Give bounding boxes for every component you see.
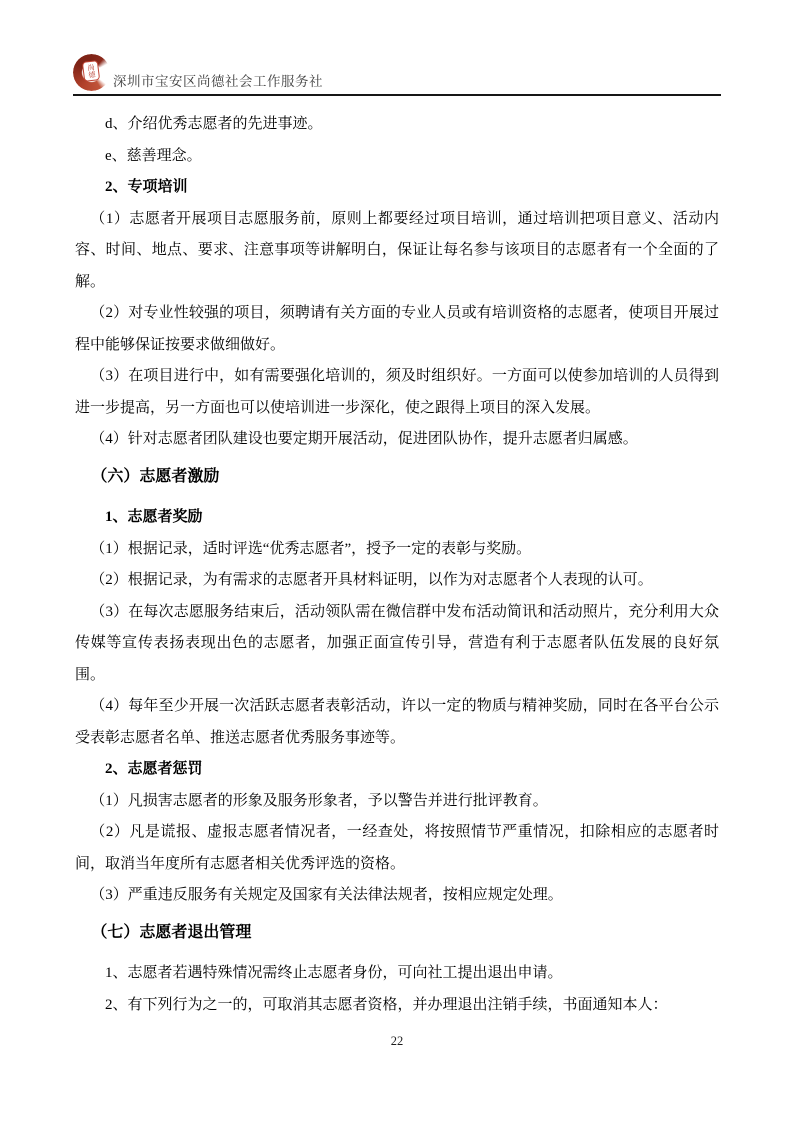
document-body: d、介绍优秀志愿者的先进事迹。e、慈善理念。2、专项培训（1）志愿者开展项目志愿… (75, 96, 719, 1021)
heading: 2、专项培训 (75, 172, 719, 204)
paragraph: （3）在每次志愿服务结束后，活动领队需在微信群中发布活动简讯和活动照片，充分利用… (75, 597, 719, 692)
heading: （六）志愿者激励 (75, 461, 719, 493)
heading: （七）志愿者退出管理 (75, 917, 719, 949)
org-name: 深圳市宝安区尚德社会工作服务社 (113, 70, 323, 94)
paragraph: d、介绍优秀志愿者的先进事迹。 (75, 109, 719, 141)
paragraph: （2）对专业性较强的项目，须聘请有关方面的专业人员或有培训资格的志愿者，使项目开… (75, 298, 719, 361)
heading: 2、志愿者惩罚 (75, 754, 719, 786)
paragraph: （1）根据记录，适时评选“优秀志愿者”，授予一定的表彰与奖励。 (75, 534, 719, 566)
paragraph: （4）每年至少开展一次活跃志愿者表彰活动，许以一定的物质与精神奖励，同时在各平台… (75, 691, 719, 754)
logo-seal-text: 尚德 (87, 64, 96, 79)
paragraph: （4）针对志愿者团队建设也要定期开展活动，促进团队协作，提升志愿者归属感。 (75, 424, 719, 456)
paragraph: （3）在项目进行中，如有需要强化培训的，须及时组织好。一方面可以使参加培训的人员… (75, 361, 719, 424)
page-number: 22 (0, 1034, 794, 1049)
paragraph: （2）根据记录，为有需求的志愿者开具材料证明，以作为对志愿者个人表现的认可。 (75, 565, 719, 597)
paragraph: （1）凡损害志愿者的形象及服务形象者，予以警告并进行批评教育。 (75, 786, 719, 818)
paragraph: （1）志愿者开展项目志愿服务前，原则上都要经过项目培训，通过培训把项目意义、活动… (75, 204, 719, 299)
logo-seal-icon: 尚德 (82, 60, 100, 82)
heading: 1、志愿者奖励 (75, 502, 719, 534)
page-header: 尚德 深圳市宝安区尚德社会工作服务社 (73, 52, 721, 96)
paragraph: 1、志愿者若遇特殊情况需终止志愿者身份，可向社工提出退出申请。 (75, 958, 719, 990)
paragraph: e、慈善理念。 (75, 141, 719, 173)
document-page: 尚德 深圳市宝安区尚德社会工作服务社 d、介绍优秀志愿者的先进事迹。e、慈善理念… (0, 0, 794, 1123)
paragraph: 2、有下列行为之一的，可取消其志愿者资格，并办理退出注销手续，书面通知本人： (75, 990, 719, 1022)
paragraph: （3）严重违反服务有关规定及国家有关法律法规者，按相应规定处理。 (75, 880, 719, 912)
org-logo: 尚德 (73, 52, 113, 94)
paragraph: （2）凡是谎报、虚报志愿者情况者，一经查处，将按照情节严重情况，扣除相应的志愿者… (75, 817, 719, 880)
